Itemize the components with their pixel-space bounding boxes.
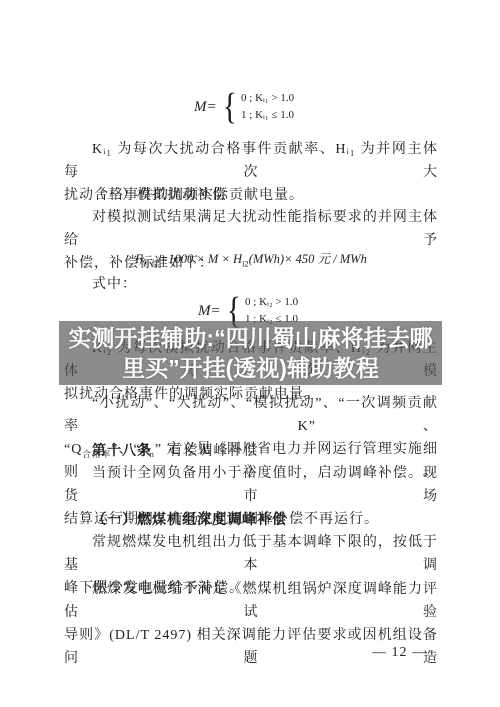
formula-m-ki1: M= { 0 ; Kᵢ₁ > 1.0 1 ; Kᵢ₁ ≤ 1.0 bbox=[194, 90, 294, 124]
formula-f-mid: =1000 × M × H bbox=[160, 252, 242, 266]
formula-case-row: 1 ; Kᵢ₁ ≤ 1.0 bbox=[241, 107, 294, 124]
text-line: 燃煤发电机组不满足《燃煤机组锅炉深度调峰能力评估试验 bbox=[64, 578, 438, 624]
formula-case-row: 0 ; Kᵢ₁ > 1.0 bbox=[241, 90, 294, 107]
heading-article-18: 第十八条 有偿调峰补偿 bbox=[64, 440, 438, 463]
page-number: — 12 — bbox=[372, 645, 427, 661]
heading-simulated-disturbance: （三）模拟扰动补偿 bbox=[64, 184, 438, 207]
formula-f-compensation: F补偿=1000 × M × Hi2(MWh)× 450 元 / MWh bbox=[64, 248, 438, 271]
formula-f-base: F bbox=[135, 252, 143, 266]
formula-f-sub: 补偿 bbox=[143, 259, 160, 269]
article-title: 有偿调峰补偿 bbox=[169, 444, 259, 459]
text-line: “小扰动”、“大扰动”、“模拟扰动”、“一次调频贡献率 K”、 bbox=[64, 392, 438, 438]
spam-overlay-banner: 实测开挂辅助:“四川蜀山麻将挂去哪 里买”开挂(透视)辅助教程 bbox=[59, 321, 442, 385]
document-page: M= { 0 ; Kᵢ₁ > 1.0 1 ; Kᵢ₁ ≤ 1.0 Kᵢ₁ 为每次… bbox=[0, 0, 500, 707]
formula-lhs: M= bbox=[198, 300, 221, 323]
formula-case-row: 0 ; Kᵢ₂ > 1.0 bbox=[245, 294, 298, 311]
label-shizhong: 式中： bbox=[64, 273, 438, 296]
text-line: 对模拟测试结果满足大扰动性能指标要求的并网主体给予 bbox=[64, 206, 438, 252]
formula-f-rest: (MWh)× 450 元 / MWh bbox=[249, 252, 367, 266]
formula-lhs: M= bbox=[194, 96, 217, 119]
text-line: 当预计全网负备用小于裕度值时，启动调峰补偿。现货市场 bbox=[64, 462, 438, 508]
formula-f-sub2: i2 bbox=[242, 259, 249, 269]
banner-line: 里买”开挂(透视)辅助教程 bbox=[122, 353, 379, 383]
banner-line: 实测开挂辅助:“四川蜀山麻将挂去哪 bbox=[68, 323, 432, 353]
heading-coal-deep-peak: （一）燃煤机组深度调峰补偿 bbox=[64, 509, 438, 532]
text-line: Kᵢ₁ 为每次大扰动合格事件贡献率、Hᵢ₁ 为并网主体每次大 bbox=[64, 138, 438, 184]
article-number: 第十八条 bbox=[92, 444, 152, 459]
text-line: 常规燃煤发电机组出力低于基本调峰下限的，按低于基本调 bbox=[64, 531, 438, 577]
formula-brace: { bbox=[223, 88, 237, 126]
formula-cases: 0 ; Kᵢ₁ > 1.0 1 ; Kᵢ₁ ≤ 1.0 bbox=[241, 90, 294, 124]
